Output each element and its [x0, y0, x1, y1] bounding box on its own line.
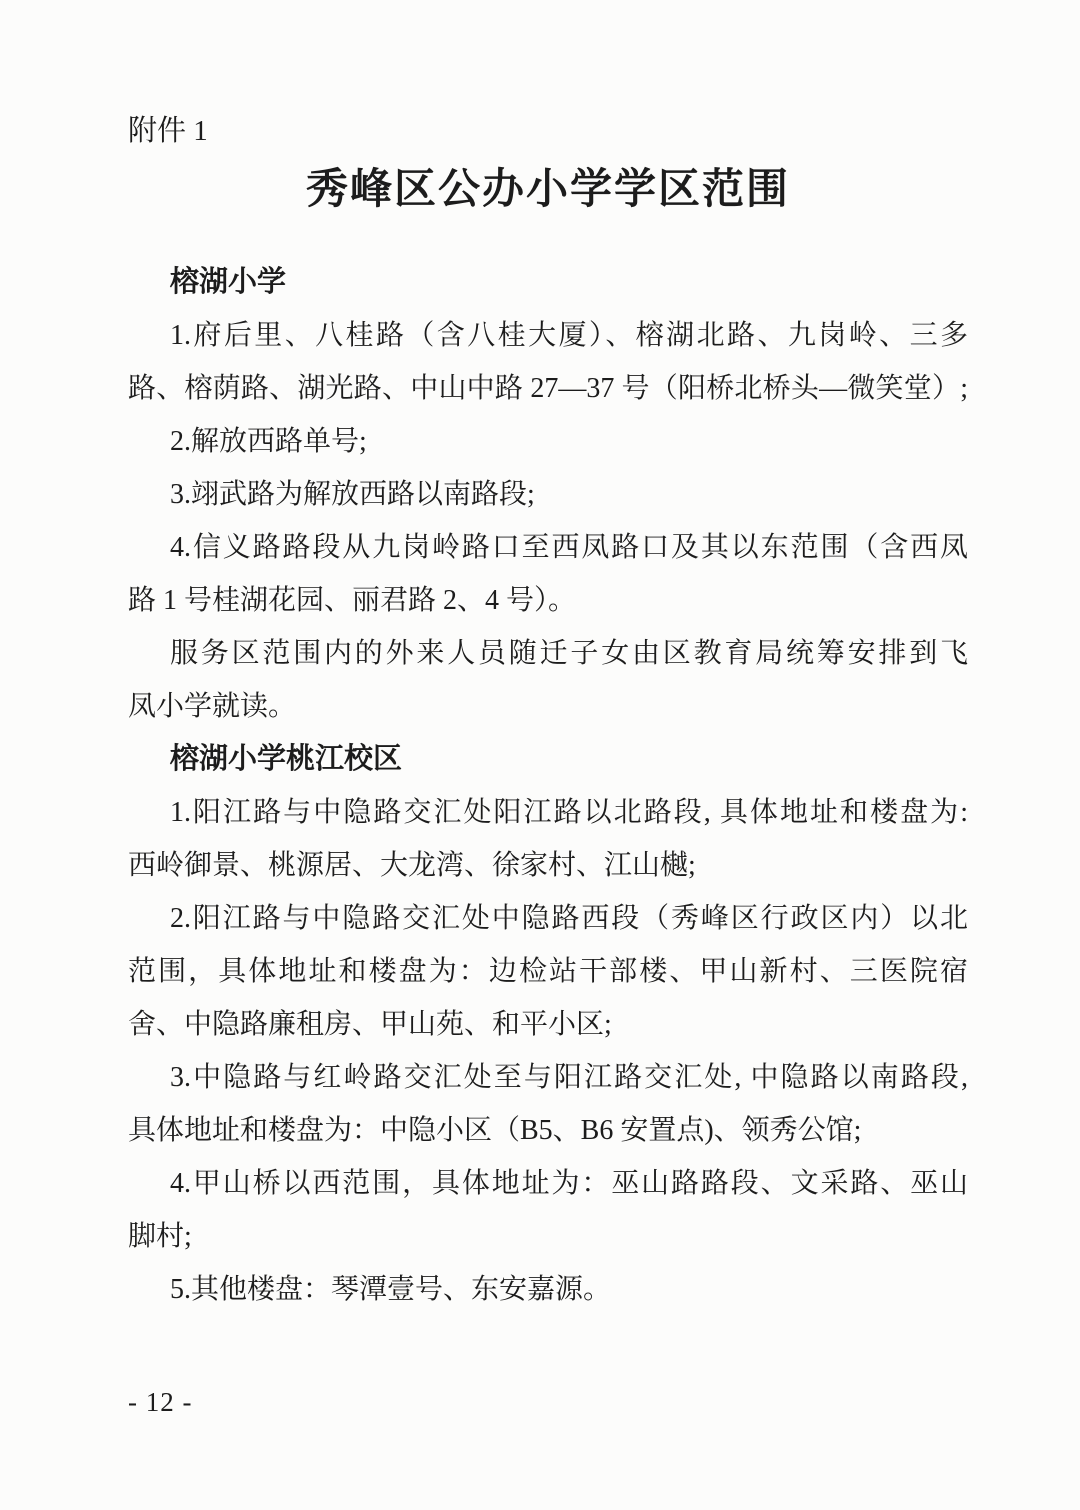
page-number: - 12 -	[128, 1384, 968, 1420]
text-line: 2.解放西路单号;	[128, 415, 968, 468]
document-body: 榕湖小学1.府后里、八桂路（含八桂大厦）、榕湖北路、九岗岭、三多路、榕荫路、湖光…	[128, 256, 968, 1316]
text-line: 4.信义路路段从九岗岭路口至西凤路口及其以东范围（含西凤	[128, 521, 968, 574]
text-line: 3.翊武路为解放西路以南路段;	[128, 468, 968, 521]
text-line: 舍、中隐路廉租房、甲山苑、和平小区;	[128, 998, 968, 1051]
text-line: 脚村;	[128, 1210, 968, 1263]
text-line: 具体地址和楼盘为：中隐小区（B5、B6 安置点)、领秀公馆;	[128, 1104, 968, 1157]
text-line: 1.府后里、八桂路（含八桂大厦）、榕湖北路、九岗岭、三多	[128, 309, 968, 362]
text-line: 5.其他楼盘：琴潭壹号、东安嘉源。	[128, 1263, 968, 1316]
document-content: 附件 1 秀峰区公办小学学区范围 榕湖小学1.府后里、八桂路（含八桂大厦）、榕湖…	[128, 112, 968, 1420]
text-line: 服务区范围内的外来人员随迁子女由区教育局统筹安排到飞	[128, 627, 968, 680]
text-line: 凤小学就读。	[128, 680, 968, 733]
text-line: 3.中隐路与红岭路交汇处至与阳江路交汇处, 中隐路以南路段,	[128, 1051, 968, 1104]
attachment-label: 附件 1	[128, 112, 968, 150]
section-heading: 榕湖小学	[128, 256, 968, 309]
text-line: 西岭御景、桃源居、大龙湾、徐家村、江山樾;	[128, 839, 968, 892]
document-page: 附件 1 秀峰区公办小学学区范围 榕湖小学1.府后里、八桂路（含八桂大厦）、榕湖…	[0, 0, 1080, 1510]
document-title: 秀峰区公办小学学区范围	[128, 164, 968, 216]
text-line: 2.阳江路与中隐路交汇处中隐路西段（秀峰区行政区内）以北	[128, 892, 968, 945]
text-line: 路 1 号桂湖花园、丽君路 2、4 号）。	[128, 574, 968, 627]
text-line: 路、榕荫路、湖光路、中山中路 27—37 号（阳桥北桥头—微笑堂）;	[128, 362, 968, 415]
text-line: 范围，具体地址和楼盘为：边检站干部楼、甲山新村、三医院宿	[128, 945, 968, 998]
text-line: 1.阳江路与中隐路交汇处阳江路以北路段, 具体地址和楼盘为:	[128, 786, 968, 839]
section-heading: 榕湖小学桃江校区	[128, 733, 968, 786]
text-line: 4.甲山桥以西范围，具体地址为：巫山路路段、文采路、巫山	[128, 1157, 968, 1210]
